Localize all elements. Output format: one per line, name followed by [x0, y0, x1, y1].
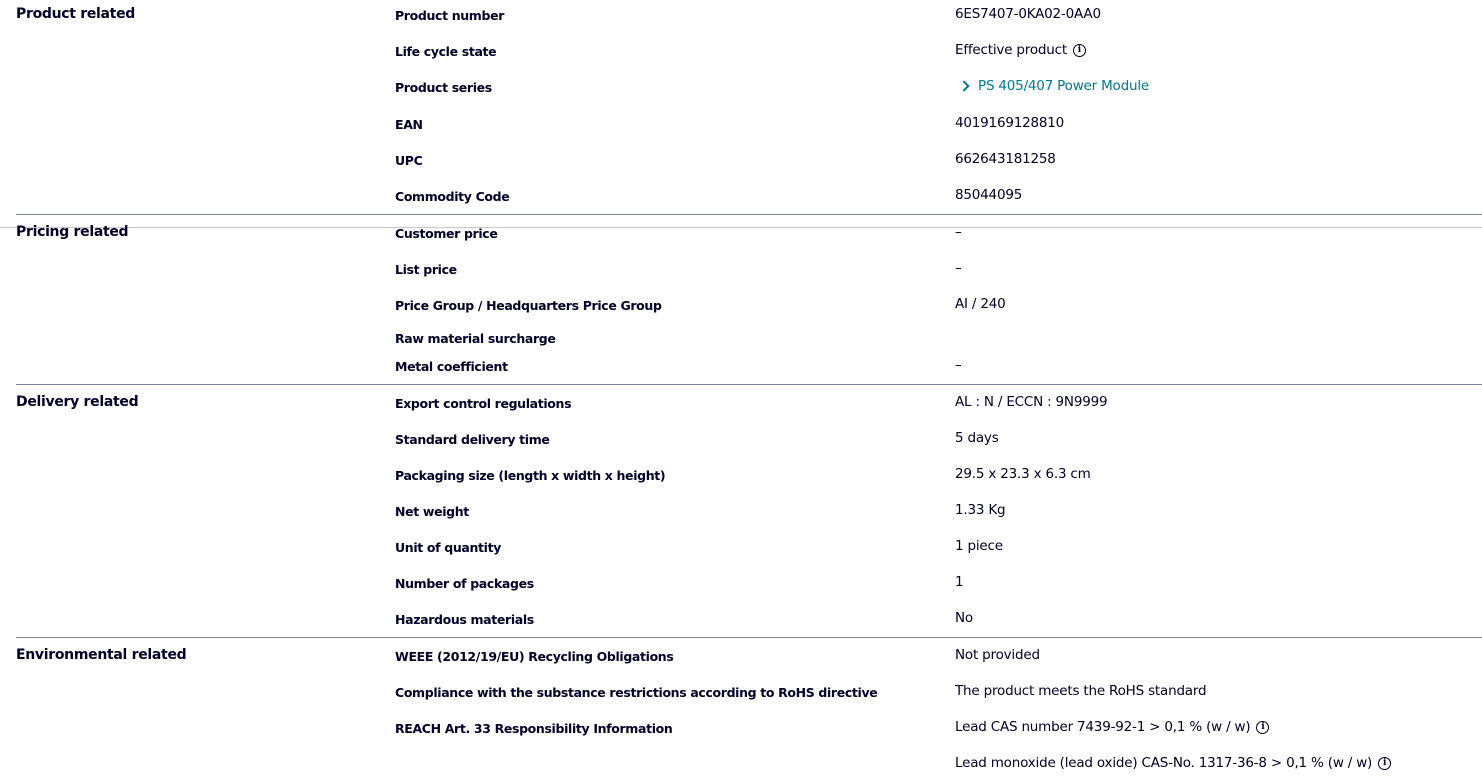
label-rohs-compliance: Compliance with the substance restrictio… — [395, 685, 877, 700]
label-weee: WEEE (2012/19/EU) Recycling Obligations — [395, 649, 673, 664]
list-price-text: – — [955, 260, 962, 276]
label-hazardous-materials: Hazardous materials — [395, 612, 534, 627]
unit-of-quantity-text: 1 piece — [955, 538, 1003, 554]
info-icon[interactable]: i — [1378, 757, 1391, 770]
value-rohs-compliance: The product meets the RoHS standard — [955, 683, 1206, 699]
value-net-weight: 1.33 Kg — [955, 502, 1005, 518]
value-ean: 4019169128810 — [955, 115, 1064, 131]
net-weight-text: 1.33 Kg — [955, 502, 1005, 518]
value-packaging-size: 29.5 x 23.3 x 6.3 cm — [955, 466, 1091, 482]
value-product-series: PS 405/407 Power Module — [955, 78, 1149, 94]
label-customer-price: Customer price — [395, 226, 497, 241]
metal-coefficient-text: – — [955, 357, 962, 373]
label-life-cycle-state: Life cycle state — [395, 44, 496, 59]
packaging-size-text: 29.5 x 23.3 x 6.3 cm — [955, 466, 1091, 482]
label-commodity-code: Commodity Code — [395, 189, 509, 204]
section-divider — [16, 214, 1482, 215]
commodity-code-text: 85044095 — [955, 187, 1022, 203]
export-control-text: AL : N / ECCN : 9N9999 — [955, 394, 1107, 410]
value-upc: 662643181258 — [955, 151, 1056, 167]
value-product-number: 6ES7407-0KA02-0AA0 — [955, 6, 1101, 22]
label-product-number: Product number — [395, 8, 504, 23]
label-product-series: Product series — [395, 80, 492, 95]
weee-text: Not provided — [955, 647, 1040, 663]
life-cycle-text: Effective product — [955, 42, 1067, 58]
section-divider-light — [0, 227, 1482, 228]
product-series-link-text[interactable]: PS 405/407 Power Module — [978, 78, 1149, 94]
value-customer-price: – — [955, 224, 962, 240]
delivery-time-text: 5 days — [955, 430, 999, 446]
product-series-link[interactable]: PS 405/407 Power Module — [955, 78, 1149, 94]
value-unit-of-quantity: 1 piece — [955, 538, 1003, 554]
label-export-control: Export control regulations — [395, 396, 571, 411]
value-weee: Not provided — [955, 647, 1040, 663]
upc-text: 662643181258 — [955, 151, 1056, 167]
label-packaging-size: Packaging size (length x width x height) — [395, 468, 665, 483]
ean-text: 4019169128810 — [955, 115, 1064, 131]
value-number-of-packages: 1 — [955, 574, 963, 590]
label-upc: UPC — [395, 153, 422, 168]
product-number-text: 6ES7407-0KA02-0AA0 — [955, 6, 1101, 22]
label-list-price: List price — [395, 262, 457, 277]
customer-price-text: – — [955, 224, 962, 240]
section-title-delivery-related: Delivery related — [16, 394, 138, 410]
hazardous-materials-text: No — [955, 610, 973, 626]
label-ean: EAN — [395, 117, 423, 132]
value-price-group: AI / 240 — [955, 296, 1006, 312]
rohs-text: The product meets the RoHS standard — [955, 683, 1206, 699]
value-list-price: – — [955, 260, 962, 276]
label-net-weight: Net weight — [395, 504, 469, 519]
section-title-environmental-related: Environmental related — [16, 647, 186, 663]
reach-lead-monoxide-text: Lead monoxide (lead oxide) CAS-No. 1317-… — [955, 755, 1372, 771]
label-price-group: Price Group / Headquarters Price Group — [395, 298, 662, 313]
section-divider — [16, 637, 1482, 638]
price-group-text: AI / 240 — [955, 296, 1006, 312]
label-unit-of-quantity: Unit of quantity — [395, 540, 501, 555]
label-number-of-packages: Number of packages — [395, 576, 534, 591]
chevron-right-icon — [958, 80, 969, 91]
number-of-packages-text: 1 — [955, 574, 963, 590]
section-divider — [16, 384, 1482, 385]
value-commodity-code: 85044095 — [955, 187, 1022, 203]
label-raw-material-surcharge: Raw material surcharge — [395, 331, 556, 346]
info-icon[interactable]: i — [1256, 721, 1269, 734]
section-title-product-related: Product related — [16, 6, 135, 22]
label-reach-info: REACH Art. 33 Responsibility Information — [395, 721, 672, 736]
value-metal-coefficient: – — [955, 357, 962, 373]
value-life-cycle-state: Effective product i — [955, 42, 1086, 58]
product-details-table: Product related Product number 6ES7407-0… — [0, 0, 1482, 777]
label-standard-delivery-time: Standard delivery time — [395, 432, 550, 447]
info-icon[interactable]: i — [1073, 44, 1086, 57]
value-reach-lead: Lead CAS number 7439-92-1 > 0,1 % (w / w… — [955, 719, 1269, 735]
value-reach-lead-monoxide: Lead monoxide (lead oxide) CAS-No. 1317-… — [955, 755, 1391, 771]
section-title-pricing-related: Pricing related — [16, 224, 128, 240]
label-metal-coefficient: Metal coefficient — [395, 359, 508, 374]
value-export-control: AL : N / ECCN : 9N9999 — [955, 394, 1107, 410]
reach-lead-text: Lead CAS number 7439-92-1 > 0,1 % (w / w… — [955, 719, 1250, 735]
value-standard-delivery-time: 5 days — [955, 430, 999, 446]
value-hazardous-materials: No — [955, 610, 973, 626]
